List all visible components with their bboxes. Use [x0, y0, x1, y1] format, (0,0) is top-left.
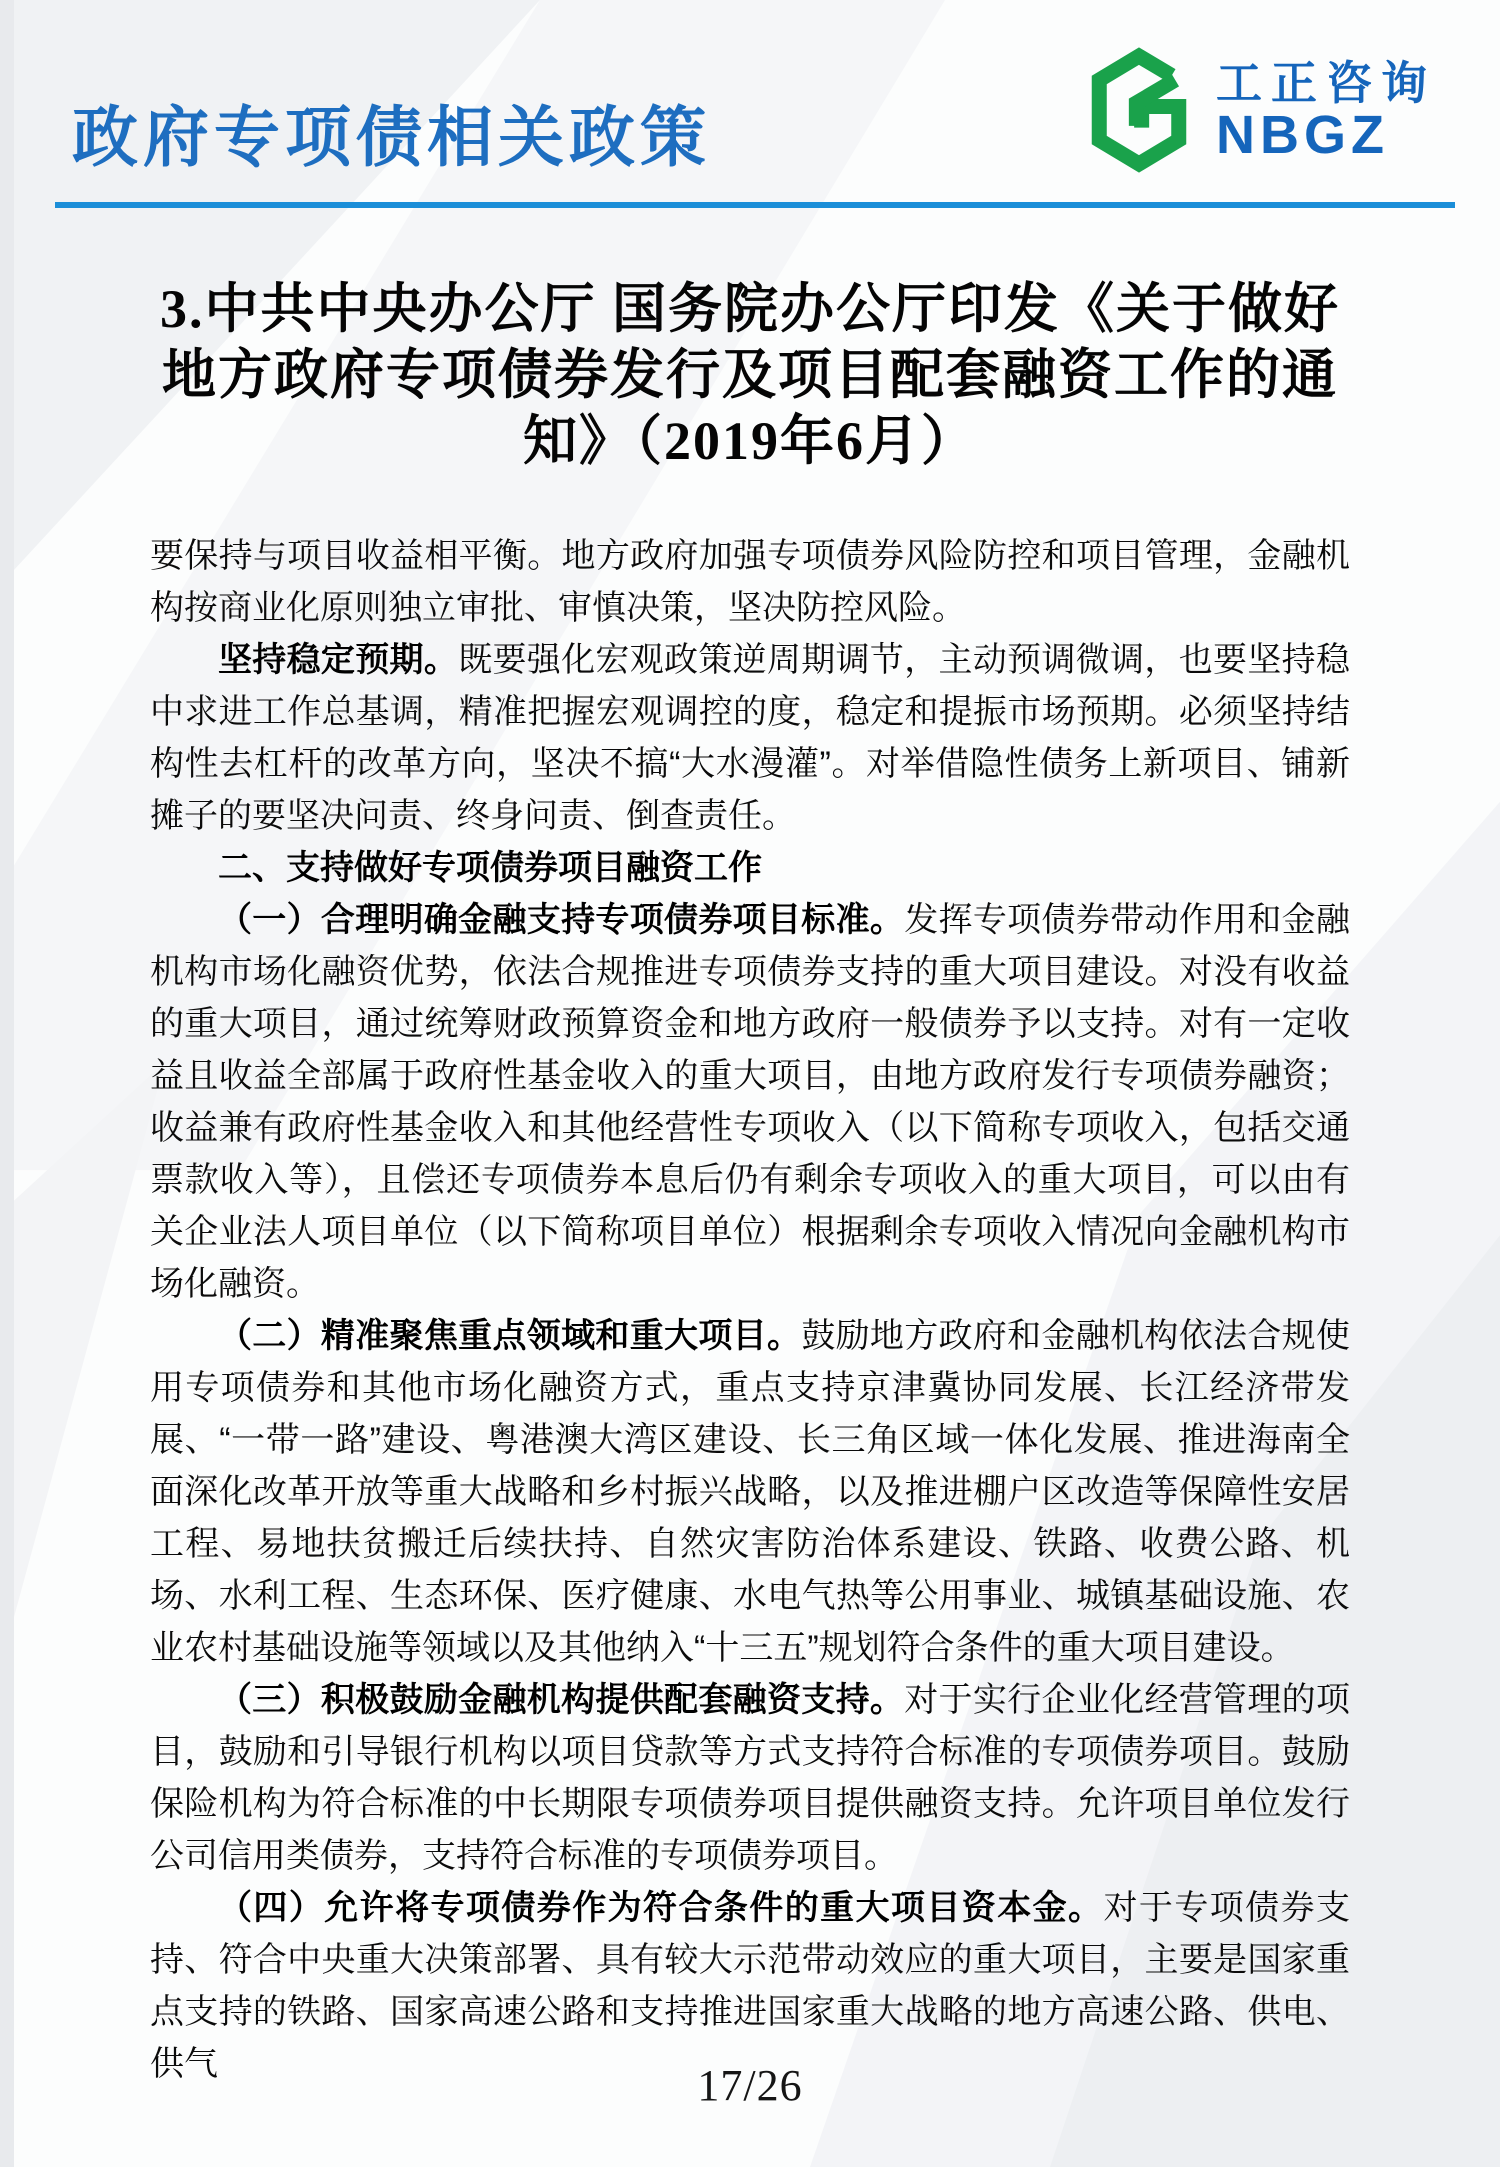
paragraph-bold-lead: （四）允许将专项债券作为符合条件的重大项目资本金。 — [218, 1889, 1103, 1927]
paragraph-bold-lead: 坚持稳定预期。 — [218, 641, 458, 679]
item-1-financing-standards: （一）合理明确金融支持专项债券项目标准。发挥专项债券带动作用和金融机构市场化融资… — [150, 894, 1350, 1310]
item-3-supporting-financing: （三）积极鼓励金融机构提供配套融资支持。对于实行企业化经营管理的项目，鼓励和引导… — [150, 1674, 1350, 1882]
item-2-key-areas: （二）精准聚焦重点领域和重大项目。鼓励地方政府和金融机构依法合规使用专项债券和其… — [150, 1310, 1350, 1674]
logo-company-name: 工正咨询 — [1216, 58, 1436, 109]
hexagon-g-icon — [1086, 46, 1192, 174]
page-title: 政府专项债相关政策 — [72, 103, 711, 176]
paragraph-stable-expectations: 坚持稳定预期。既要强化宏观政策逆周期调节，主动预调微调，也要坚持稳中求进工作总基… — [150, 634, 1350, 842]
document-title: 3.中共中央办公厅 国务院办公厅印发《关于做好地方政府专项债券发行及项目配套融资… — [150, 276, 1350, 474]
paragraph-bold-lead: （一）合理明确金融支持专项债券项目标准。 — [218, 901, 904, 939]
paragraph-text: 要保持与项目收益相平衡。地方政府加强专项债券风险防控和项目管理，金融机构按商业化… — [150, 537, 1350, 627]
company-logo: 工正咨询 NBGZ — [1086, 46, 1436, 174]
paragraph-bold-lead: （二）精准聚焦重点领域和重大项目。 — [218, 1317, 801, 1355]
logo-text: 工正咨询 NBGZ — [1216, 58, 1436, 163]
header-divider — [55, 202, 1455, 208]
section-heading-2: 二、支持做好专项债券项目融资工作 — [150, 842, 1350, 894]
page-number: 17/26 — [0, 2060, 1500, 2111]
item-4-project-capital: （四）允许将专项债券作为符合条件的重大项目资本金。对于专项债券支持、符合中央重大… — [150, 1882, 1350, 2090]
paragraph-text: 发挥专项债券带动作用和金融机构市场化融资优势，依法合规推进专项债券支持的重大项目… — [150, 901, 1350, 1303]
logo-company-abbr: NBGZ — [1216, 108, 1436, 162]
document-page: 政府专项债相关政策 工正咨询 NBGZ 3.中共中央办公厅 国务院办公厅印发《关… — [0, 0, 1500, 2167]
paragraph-risk-control: 要保持与项目收益相平衡。地方政府加强专项债券风险防控和项目管理，金融机构按商业化… — [150, 530, 1350, 634]
background-shape — [0, 0, 14, 2167]
paragraph-text: 鼓励地方政府和金融机构依法合规使用专项债券和其他市场化融资方式，重点支持京津冀协… — [150, 1317, 1350, 1667]
document-body: 要保持与项目收益相平衡。地方政府加强专项债券风险防控和项目管理，金融机构按商业化… — [150, 530, 1350, 2090]
paragraph-bold-lead: 二、支持做好专项债券项目融资工作 — [218, 849, 762, 887]
paragraph-bold-lead: （三）积极鼓励金融机构提供配套融资支持。 — [218, 1681, 904, 1719]
